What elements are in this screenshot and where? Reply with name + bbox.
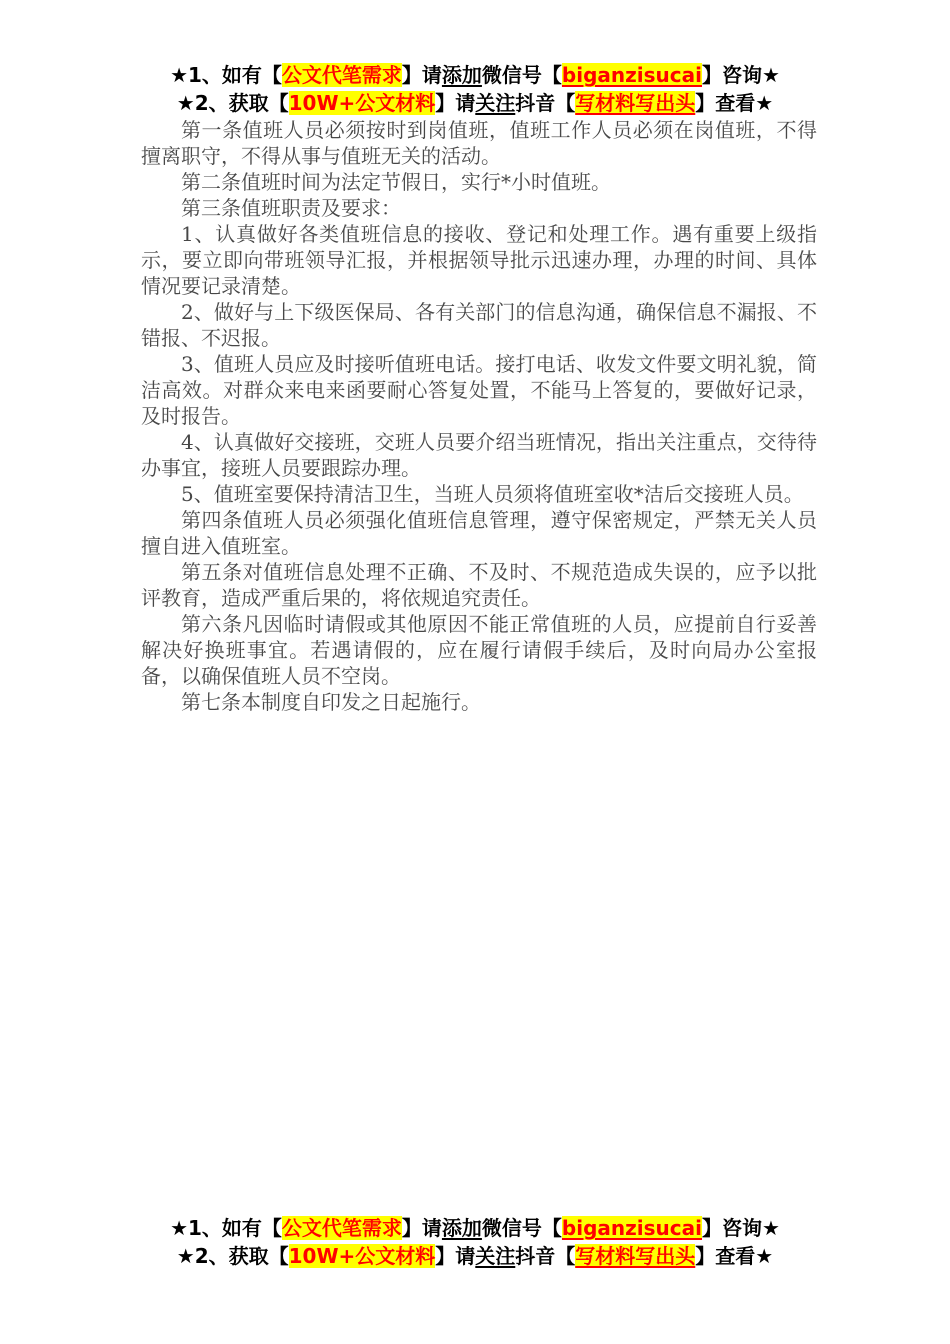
paragraph: 4、认真做好交接班，交班人员要介绍当班情况，指出关注重点，交待待办事宜，接班人员…: [141, 429, 817, 481]
underline-action: 关注: [475, 91, 515, 115]
underline-action: 添加: [442, 1216, 482, 1240]
document-page: ★1、如有【公文代笔需求】请添加微信号【biganzisucai】咨询★★2、获…: [0, 0, 950, 1344]
highlight-account: 写材料写出头: [575, 1244, 695, 1268]
paragraph: 第一条值班人员必须按时到岗值班，值班工作人员必须在岗值班，不得擅离职守，不得从事…: [141, 117, 817, 169]
paragraph: 1、认真做好各类值班信息的接收、登记和处理工作。遇有重要上级指示，要立即向带班领…: [141, 221, 817, 299]
highlight-keyword: 10W+公文材料: [289, 91, 436, 115]
banner-text: 】请: [435, 91, 475, 115]
banner-text: 微信号【: [482, 63, 562, 87]
paragraph: 第六条凡因临时请假或其他原因不能正常值班的人员，应提前自行妥善解决好换班事宜。若…: [141, 611, 817, 689]
highlight-account: biganzisucai: [562, 1216, 702, 1240]
highlight-keyword: 公文代笔需求: [282, 63, 402, 87]
banner-text: 】请: [435, 1244, 475, 1268]
banner-line: ★2、获取【10W+公文材料】请关注抖音【写材料写出头】查看★: [0, 89, 950, 117]
banner-text: 】查看★: [695, 91, 773, 115]
highlight-keyword: 10W+公文材料: [289, 1244, 436, 1268]
banner-text: 】请: [402, 63, 442, 87]
underline-action: 添加: [442, 63, 482, 87]
banner-text: 抖音【: [515, 1244, 575, 1268]
banner-text: 】请: [402, 1216, 442, 1240]
highlight-account: biganzisucai: [562, 63, 702, 87]
highlight-account: 写材料写出头: [575, 91, 695, 115]
promo-banner-top: ★1、如有【公文代笔需求】请添加微信号【biganzisucai】咨询★★2、获…: [0, 61, 950, 117]
banner-text: 抖音【: [515, 91, 575, 115]
paragraph: 3、值班人员应及时接听值班电话。接打电话、收发文件要文明礼貌，简洁高效。对群众来…: [141, 351, 817, 429]
paragraph: 第二条值班时间为法定节假日，实行*小时值班。: [141, 169, 817, 195]
highlight-keyword: 公文代笔需求: [282, 1216, 402, 1240]
paragraph: 2、做好与上下级医保局、各有关部门的信息沟通，确保信息不漏报、不错报、不迟报。: [141, 299, 817, 351]
paragraph: 第三条值班职责及要求：: [141, 195, 817, 221]
banner-text: 】咨询★: [702, 63, 780, 87]
banner-text: ★2、获取【: [177, 1244, 289, 1268]
banner-text: 微信号【: [482, 1216, 562, 1240]
paragraph: 5、值班室要保持清洁卫生，当班人员须将值班室收*洁后交接班人员。: [141, 481, 817, 507]
banner-text: ★2、获取【: [177, 91, 289, 115]
banner-text: 】查看★: [695, 1244, 773, 1268]
banner-text: 】咨询★: [702, 1216, 780, 1240]
paragraph: 第五条对值班信息处理不正确、不及时、不规范造成失误的，应予以批评教育，造成严重后…: [141, 559, 817, 611]
underline-action: 关注: [475, 1244, 515, 1268]
paragraph: 第七条本制度自印发之日起施行。: [141, 689, 817, 715]
banner-text: ★1、如有【: [170, 63, 282, 87]
promo-banner-bottom: ★1、如有【公文代笔需求】请添加微信号【biganzisucai】咨询★★2、获…: [0, 1214, 950, 1270]
banner-line: ★1、如有【公文代笔需求】请添加微信号【biganzisucai】咨询★: [0, 61, 950, 89]
banner-line: ★2、获取【10W+公文材料】请关注抖音【写材料写出头】查看★: [0, 1242, 950, 1270]
document-body: 第一条值班人员必须按时到岗值班，值班工作人员必须在岗值班，不得擅离职守，不得从事…: [141, 117, 817, 715]
banner-line: ★1、如有【公文代笔需求】请添加微信号【biganzisucai】咨询★: [0, 1214, 950, 1242]
paragraph: 第四条值班人员必须强化值班信息管理，遵守保密规定，严禁无关人员擅自进入值班室。: [141, 507, 817, 559]
banner-text: ★1、如有【: [170, 1216, 282, 1240]
